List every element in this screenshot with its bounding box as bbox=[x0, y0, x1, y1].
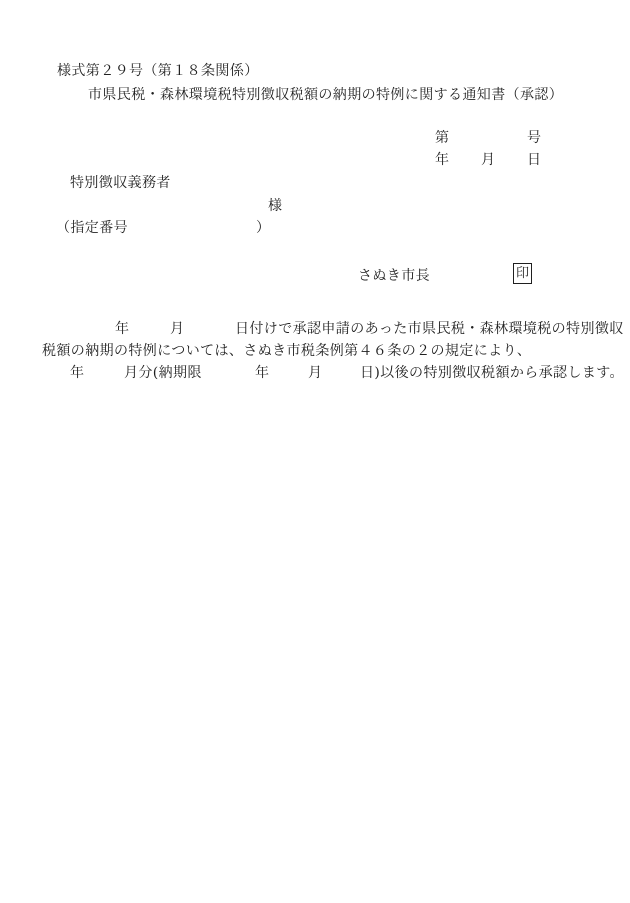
issuer-title: さぬき市長 bbox=[358, 268, 430, 285]
body-line2-text: 税額の納期の特例については、さぬき市税条例第４６条の２の規定により、 bbox=[42, 343, 531, 360]
body-line1-year-blank: 年 bbox=[115, 321, 129, 338]
body-line3-deadline-open: 月分(納期限 bbox=[124, 365, 202, 382]
date-day-label: 日 bbox=[527, 152, 541, 169]
notification-document-page: 様式第２９号（第１８条関係） 市県民税・森林環境税特別徴収税額の納期の特例に関す… bbox=[0, 0, 630, 903]
date-month-label: 月 bbox=[481, 152, 495, 169]
addressee-label: 特別徴収義務者 bbox=[70, 175, 171, 192]
body-line3-year2-blank: 年 bbox=[255, 365, 269, 382]
designation-number-close: ） bbox=[256, 220, 270, 237]
doc-number-prefix: 第 bbox=[435, 130, 449, 147]
body-line3-year-blank: 年 bbox=[70, 365, 84, 382]
addressee-honorific: 様 bbox=[268, 198, 282, 215]
body-line3-closing-text: 日)以後の特別徴収税額から承認します。 bbox=[360, 365, 624, 382]
form-number: 様式第２９号（第１８条関係） bbox=[57, 63, 259, 80]
body-line3-month2-blank: 月 bbox=[308, 365, 322, 382]
body-line1-month-blank: 月 bbox=[170, 321, 184, 338]
body-line1-text: 日付けで承認申請のあった市県民税・森林環境税の特別徴収 bbox=[235, 321, 624, 338]
doc-number-suffix: 号 bbox=[527, 130, 541, 147]
seal-character: 印 bbox=[516, 267, 529, 280]
designation-number-open: （指定番号 bbox=[56, 220, 128, 237]
mayor-seal-mark: 印 bbox=[513, 263, 532, 284]
date-year-label: 年 bbox=[435, 152, 449, 169]
document-title: 市県民税・森林環境税特別徴収税額の納期の特例に関する通知書（承認） bbox=[88, 87, 563, 104]
